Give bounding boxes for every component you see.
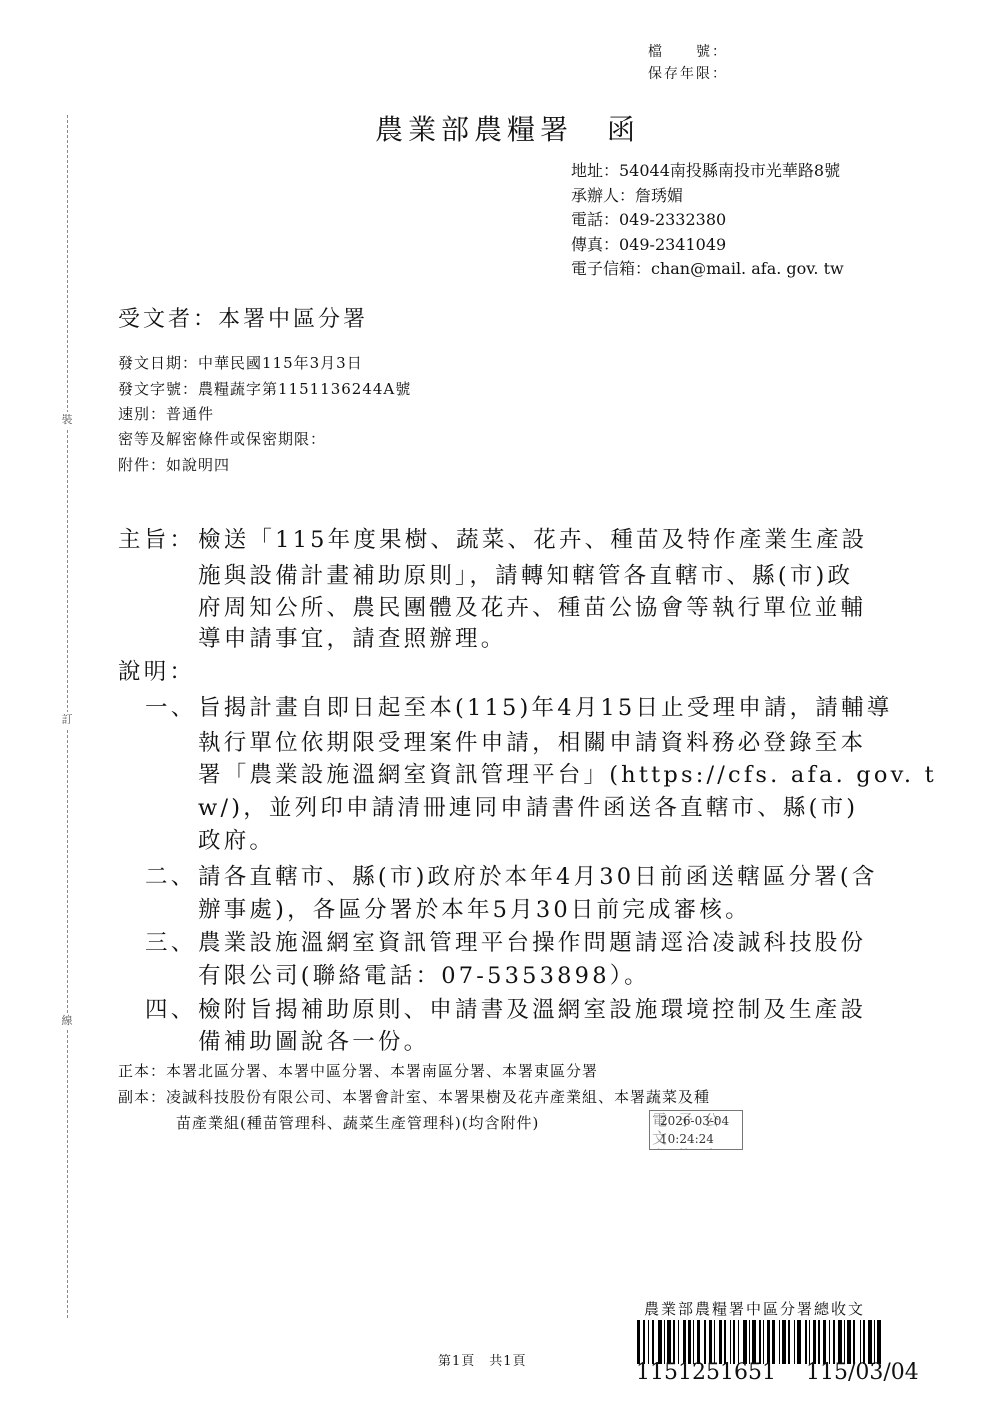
item-line: 農業設施溫網室資訊管理平台操作問題請逕洽凌誠科技股份	[198, 928, 866, 959]
document-type: 函	[607, 113, 640, 146]
attachment: 附件：如說明四	[118, 454, 230, 476]
copy-recipients-continued: 苗產業組(種苗管理科、蔬菜生產管理科)(均含附件)	[176, 1112, 539, 1134]
fax: 傳真：049-2341049	[571, 233, 726, 258]
item-marker: 二、	[145, 862, 196, 893]
receipt-date: 115/03/04	[806, 1360, 919, 1385]
e-document-exchange-stamp: 電子公文 交換章 2026-03-04 10:24:24	[649, 1110, 743, 1150]
subject-line: 檢送「115年度果樹、蔬菜、花卉、種苗及特作產業生產設	[198, 525, 867, 556]
address: 地址：54044南投縣南投市光華路8號	[571, 159, 840, 184]
binding-mark: 裝	[59, 412, 75, 428]
explanation-label: 說明：	[118, 657, 195, 688]
stamp-timestamp: 2026-03-04 10:24:24	[660, 1112, 740, 1148]
subject-line: 府周知公所、農民團體及花卉、種苗公協會等執行單位並輔	[198, 593, 866, 624]
binding-mark: 線	[59, 1013, 75, 1029]
receipt-number: 1151251651	[636, 1360, 776, 1385]
item-line: w/)，並列印申請清冊連同申請書件函送各直轄市、縣(市)	[198, 793, 858, 824]
email: 電子信箱：chan@mail. afa. gov. tw	[571, 257, 844, 282]
barcode-caption: 1151251651115/03/04	[636, 1360, 919, 1386]
stamp-date: 2026-03-04	[660, 1112, 740, 1130]
handler: 承辦人：詹琇媚	[571, 184, 683, 209]
receipt-barcode	[637, 1320, 883, 1364]
subject-label: 主旨：	[118, 525, 195, 556]
item-marker: 一、	[145, 693, 196, 724]
page-number: 第1頁 共1頁	[438, 1350, 527, 1369]
delivery-speed: 速別：普通件	[118, 403, 214, 425]
item-line: 旨揭計畫自即日起至本(115)年4月15日止受理申請，請輔導	[198, 693, 892, 724]
item-line: 有限公司(聯絡電話：07-5353898）。	[198, 961, 650, 992]
file-number-label: 檔 號：	[648, 42, 728, 62]
item-marker: 三、	[145, 928, 196, 959]
item-line: 辦事處)，各區分署於本年5月30日前完成審核。	[198, 895, 751, 926]
issue-date: 發文日期：中華民國115年3月3日	[118, 352, 363, 374]
barcode-bar	[881, 1320, 883, 1364]
classification: 密等及解密條件或保密期限：	[118, 428, 326, 450]
phone: 電話：049-2332380	[571, 208, 726, 233]
document-number: 發文字號：農糧蔬字第1151136244A號	[118, 378, 411, 400]
item-line: 請各直轄市、縣(市)政府於本年4月30日前函送轄區分署(含	[198, 862, 878, 893]
agency-name: 農業部農糧署	[375, 113, 573, 146]
binding-mark: 訂	[59, 712, 75, 728]
item-line: 政府。	[198, 826, 275, 857]
original-recipients: 正本：本署北區分署、本署中區分署、本署南區分署、本署東區分署	[118, 1060, 598, 1082]
stamp-time: 10:24:24	[660, 1130, 740, 1148]
item-line: 執行單位依期限受理案件申請，相關申請資料務必登錄至本	[198, 728, 866, 759]
receipt-office-label: 農業部農糧署中區分署總收文	[644, 1298, 865, 1319]
recipient: 受文者：本署中區分署	[118, 305, 368, 335]
item-line: 檢附旨揭補助原則、申請書及溫網室設施環境控制及生產設	[198, 995, 866, 1026]
item-line: 備補助圖說各一份。	[198, 1027, 429, 1058]
subject-line: 導申請事宜，請查照辦理。	[198, 624, 506, 655]
subject-line: 施與設備計畫補助原則」，請轉知轄管各直轄市、縣(市)政	[198, 561, 853, 592]
copy-recipients: 副本：凌誠科技股份有限公司、本署會計室、本署果樹及花卉產業組、本署蔬菜及種	[118, 1086, 710, 1108]
item-marker: 四、	[145, 995, 196, 1026]
item-line: 署「農業設施溫網室資訊管理平台」(https://cfs. afa. gov. …	[198, 760, 937, 791]
document-title: 農業部農糧署函	[375, 110, 640, 150]
retention-period-label: 保存年限：	[648, 64, 728, 84]
